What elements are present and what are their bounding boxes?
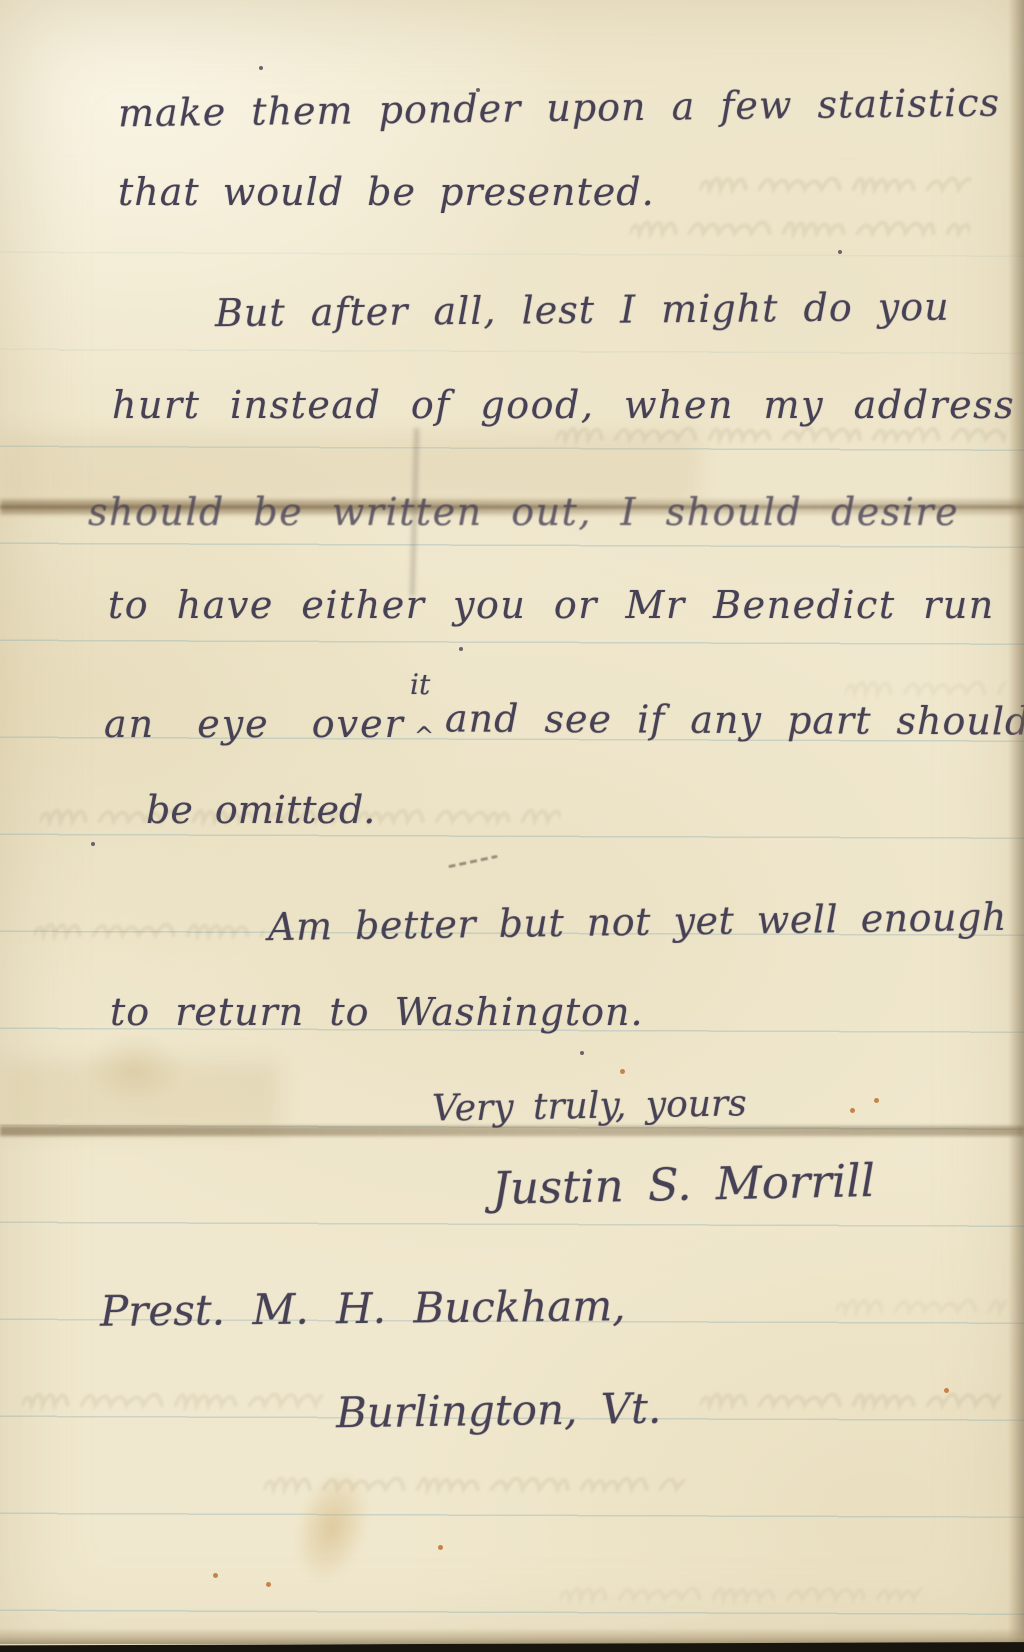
signature: Justin S. Morrill (491, 1154, 875, 1215)
bleed-through-writing (19, 1384, 325, 1422)
letter-line: But after all, lest I might do you (215, 285, 950, 335)
letter-line: hurt instead of good, when my address (112, 383, 1015, 427)
letter-line: to return to Washington. (110, 990, 644, 1034)
bleed-through-writing (31, 914, 267, 952)
page-bottom-edge (0, 1628, 1024, 1644)
stray-pen-mark (448, 855, 498, 868)
letter-line: and see if any part should (445, 696, 1024, 743)
rust-speck (620, 1069, 625, 1074)
bleed-through-writing (697, 168, 973, 206)
rust-speck (266, 1582, 271, 1587)
ink-speck (459, 647, 463, 651)
letter-line: should be written out, I should desire (88, 490, 959, 534)
ink-speck (259, 66, 263, 70)
ink-speck (838, 250, 842, 254)
letter-line: that would be presented. (118, 170, 655, 214)
bleed-through-writing (557, 1578, 923, 1616)
rust-speck (213, 1573, 218, 1578)
rust-speck (850, 1108, 855, 1113)
ink-speck (91, 842, 95, 846)
bleed-through-writing (697, 1384, 1003, 1422)
rust-speck (944, 1388, 949, 1393)
inserted-word: it (410, 668, 430, 701)
letter-line: to have either you or Mr Benedict run (108, 583, 995, 627)
bleed-through-writing (261, 1468, 687, 1506)
paper-discoloration-band (0, 1060, 280, 1134)
letter-page: make them ponder upon a few statistics t… (0, 0, 1024, 1652)
insertion-caret: ^ (414, 722, 434, 750)
bleed-through-writing (627, 212, 973, 250)
rust-speck (438, 1545, 443, 1550)
recipient-name-line: Prest. M. H. Buckham, (100, 1281, 626, 1336)
rust-speck (874, 1098, 879, 1103)
letter-line: Am better but not yet well enough (268, 895, 1007, 949)
letter-line: an eye over (104, 702, 405, 746)
letter-line: make them ponder upon a few statistics (118, 81, 1001, 136)
letter-line: be omitted. (146, 788, 375, 832)
closing-line: Very truly, yours (432, 1083, 747, 1129)
recipient-place-line: Burlington, Vt. (336, 1384, 662, 1438)
ink-speck (580, 1051, 584, 1055)
bleed-through-writing (833, 1290, 1009, 1328)
page-right-edge (1008, 0, 1024, 1652)
